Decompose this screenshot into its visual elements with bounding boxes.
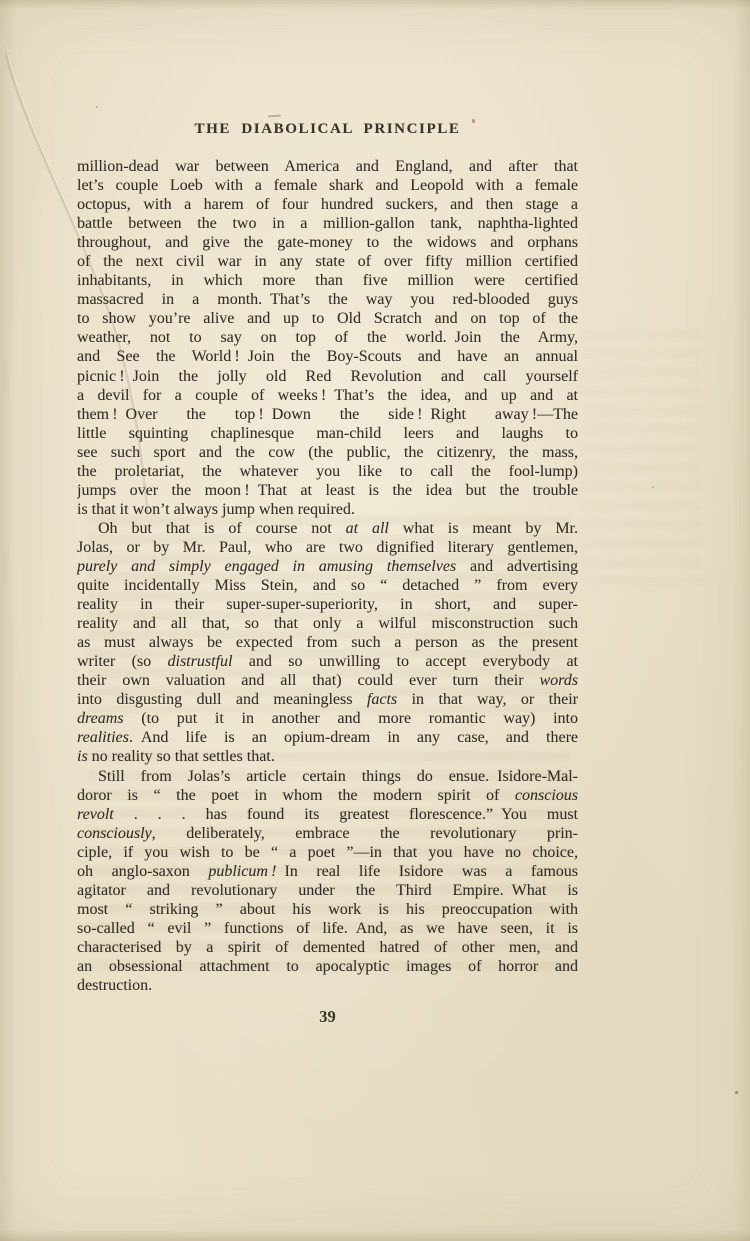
text-line: characterised by a spirit of demented ha… xyxy=(77,938,578,957)
text-line: octopus, with a harem of four hundred su… xyxy=(77,195,578,214)
text-line: is that it won’t always jump when requir… xyxy=(77,500,578,519)
running-header: THE DIABOLICAL PRINCIPLE xyxy=(77,121,578,138)
text-line: destruction. xyxy=(77,976,578,995)
text-line: is no reality so that settles that. xyxy=(77,747,578,766)
text-line: reality and all that, so that only a wil… xyxy=(77,614,578,633)
text-line: million-dead war between America and Eng… xyxy=(77,157,578,176)
text-line: an obsessional attachment to apocalyptic… xyxy=(77,957,578,976)
text-line: let’s couple Loeb with a female shark an… xyxy=(77,176,578,195)
text-line: as must always be expected from such a p… xyxy=(77,633,578,652)
text-line: Still from Jolas’s article certain thing… xyxy=(77,767,578,786)
text-line: quite incidentally Miss Stein, and so “ … xyxy=(77,576,578,595)
text-line: agitator and revolutionary under the Thi… xyxy=(77,881,578,900)
text-line: revolt . . . has found its greatest flor… xyxy=(77,805,578,824)
text-line: them ! Over the top ! Down the side ! Ri… xyxy=(77,405,578,424)
page-number: 39 xyxy=(77,1007,578,1027)
text-line: see such sport and the cow (the public, … xyxy=(77,443,578,462)
text-line: Jolas, or by Mr. Paul, who are two digni… xyxy=(77,538,578,557)
text-line: a devil for a couple of weeks ! That’s t… xyxy=(77,386,578,405)
ink-bleedthrough xyxy=(582,330,702,590)
text-line: throughout, and give the gate-money to t… xyxy=(77,233,578,252)
text-line: so-called “ evil ” functions of life. An… xyxy=(77,919,578,938)
text-line: their own valuation and all that) could … xyxy=(77,671,578,690)
text-line: weather, not to say on top of the world.… xyxy=(77,328,578,347)
text-line: dreams (to put it in another and more ro… xyxy=(77,709,578,728)
text-line: purely and simply engaged in amusing the… xyxy=(77,557,578,576)
paper-speck xyxy=(735,1091,738,1094)
text-line: massacred in a month. That’s the way you… xyxy=(77,290,578,309)
text-line: realities. And life is an opium-dream in… xyxy=(77,728,578,747)
text-line: Oh but that is of course not at all what… xyxy=(77,519,578,538)
paper-smudge xyxy=(268,115,281,117)
text-line: reality in their super-super-superiority… xyxy=(77,595,578,614)
text-line: consciously, deliberately, embrace the r… xyxy=(77,824,578,843)
book-page-scan: THE DIABOLICAL PRINCIPLE million-dead wa… xyxy=(0,0,750,1241)
paper-speck xyxy=(652,486,654,488)
text-line: to show you’re alive and up to Old Scrat… xyxy=(77,309,578,328)
text-line: oh anglo-saxon publicum ! In real life I… xyxy=(77,862,578,881)
text-line: inhabitants, in which more than five mil… xyxy=(77,271,578,290)
text-line: little squinting chaplinesque man-child … xyxy=(77,424,578,443)
text-line: most “ striking ” about his work is his … xyxy=(77,900,578,919)
paper-speck xyxy=(96,106,98,108)
text-line: and See the World ! Join the Boy-Scouts … xyxy=(77,347,578,366)
text-line: of the next civil war in any state of ov… xyxy=(77,252,578,271)
text-line: jumps over the moon ! That at least is t… xyxy=(77,481,578,500)
paragraph: Oh but that is of course not at all what… xyxy=(77,519,578,767)
text-line: into disgusting dull and meaningless fac… xyxy=(77,690,578,709)
text-line: ciple, if you wish to be “ a poet ”—in t… xyxy=(77,843,578,862)
text-line: battle between the two in a million-gall… xyxy=(77,214,578,233)
paragraph: million-dead war between America and Eng… xyxy=(77,157,578,519)
text-block: million-dead war between America and Eng… xyxy=(77,157,578,995)
text-line: writer (so distrustful and so unwilling … xyxy=(77,652,578,671)
paragraph: Still from Jolas’s article certain thing… xyxy=(77,767,578,996)
text-line: picnic ! Join the jolly old Red Revoluti… xyxy=(77,367,578,386)
text-line: the proletariat, the whatever you like t… xyxy=(77,462,578,481)
text-line: doror is “ the poet in whom the modern s… xyxy=(77,786,578,805)
